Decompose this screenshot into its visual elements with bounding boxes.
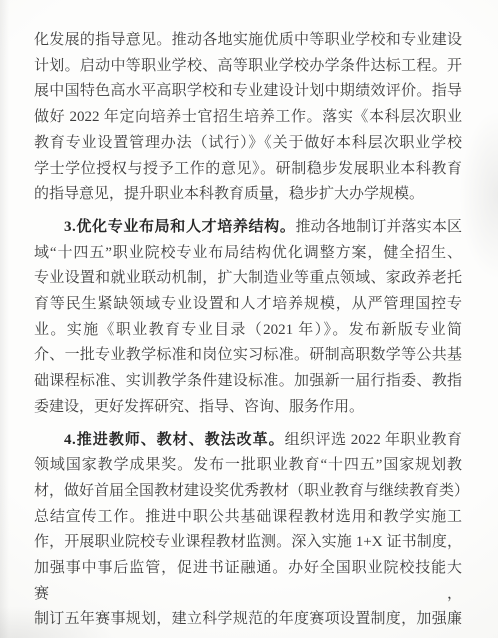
- document-text-block: 化发展的指导意见。推动各地实施优质中等职业学校和专业建设 计划。启动中等职业学校…: [34, 28, 462, 633]
- text-line: 础课程标准、实训教学条件建设标准。加强新一届行指委、教指: [34, 369, 462, 395]
- text-line: 育等民生紧缺领域专业设置和人才培养规模，从严管理国控专: [34, 292, 462, 318]
- text-line: 总结宣传工作。推进中职公共基础课程教材选用和教学实施工: [34, 505, 462, 531]
- line-text: 推动各地制订并落实本区: [295, 219, 462, 235]
- text-line: 作，开展职业院校专业课程教材监测。深入实施 1+X 证书制度，: [34, 530, 462, 556]
- text-line-paragraph-end: 委建设，更好发挥研究、指导、咨询、服务作用。: [34, 395, 462, 421]
- text-line: 化发展的指导意见。推动各地实施优质中等职业学校和专业建设: [34, 28, 462, 54]
- scanned-document-page: 化发展的指导意见。推动各地实施优质中等职业学校和专业建设 计划。启动中等职业学校…: [0, 0, 498, 638]
- text-line: 教育专业设置管理办法（试行）》《关于做好本科层次职业学校: [34, 131, 462, 157]
- text-line-paragraph-start: 4.推进教师、教材、教法改革。组织评选 2022 年职业教育: [34, 428, 462, 454]
- text-line: 业。实施《职业教育专业目录（2021 年）》。发布新版专业简: [34, 318, 462, 344]
- text-line: 域“十四五”职业院校专业布局结构优化调整方案，健全招生、: [34, 241, 462, 267]
- text-line: 学士学位授权与授予工作的意见》。研制稳步发展职业本科教育: [34, 157, 462, 183]
- text-line-paragraph-end: 的指导意见，提升职业本科教育质量，稳步扩大办学规模。: [34, 182, 462, 208]
- text-line: 专业设置和就业联动机制，扩大制造业等重点领域、家政养老托: [34, 266, 462, 292]
- text-line: 加强事中事后监管，促进书证融通。办好全国职业院校技能大赛，: [34, 556, 462, 607]
- text-line: 材，做好首届全国教材建设奖优秀教材（职业教育与继续教育类）: [34, 479, 462, 505]
- text-line: 展中国特色高水平高职学校和专业建设计划中期绩效评价。指导: [34, 79, 462, 105]
- text-line-paragraph-start: 3.优化专业布局和人才培养结构。推动各地制订并落实本区: [34, 215, 462, 241]
- text-line: 做好 2022 年定向培养士官招生培养工作。落实《本科层次职业: [34, 105, 462, 131]
- text-line: 介、一批专业教学标准和岗位实习标准。研制高职数学等公共基: [34, 343, 462, 369]
- paragraph-heading: 3.优化专业布局和人才培养结构。: [64, 219, 295, 235]
- text-line: 计划。启动中等职业学校、高等职业学校办学条件达标工程。开: [34, 54, 462, 80]
- text-line: 制订五年赛事规划，建立科学规范的年度赛项设置制度，加强廉: [34, 607, 462, 633]
- line-text: 组织评选 2022 年职业教育: [285, 432, 462, 448]
- text-line: 领域国家教学成果奖。发布一批职业教育“十四五”国家规划教: [34, 453, 462, 479]
- paragraph-heading: 4.推进教师、教材、教法改革。: [64, 432, 285, 448]
